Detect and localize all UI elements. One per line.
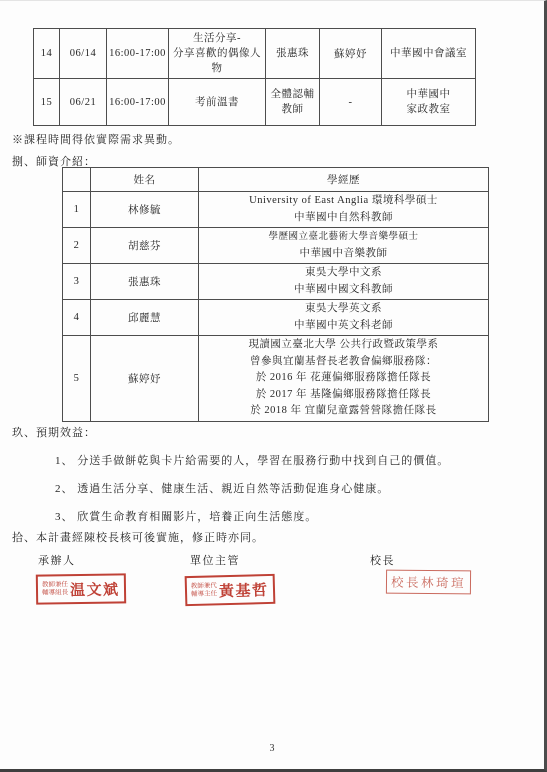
bio-line: 中華國中國文科教師 [201, 282, 486, 299]
cell-location: 中華國中會議室 [382, 29, 476, 79]
bio-line: 現讀國立臺北大學 公共行政暨政策學系 [201, 337, 486, 354]
stamp-name: 校長林琦瑄 [391, 573, 466, 592]
signature-label-organizer: 承辦人 [38, 552, 76, 568]
cell-date: 06/21 [60, 79, 107, 126]
stamp-name: 温文斌 [70, 578, 120, 600]
signature-label-principal: 校長 [370, 552, 395, 568]
location-line: 家政教室 [384, 102, 473, 117]
stamp-name: 黃基哲 [219, 578, 269, 600]
header-name: 姓名 [91, 168, 199, 192]
benefit-item-2: 2、 透過生活分享、健康生活、親近自然等活動促進身心健康。 [55, 480, 389, 496]
cell-name: 胡慈芬 [91, 228, 199, 264]
schedule-row-14: 14 06/14 16:00-17:00 生活分享- 分享喜歡的偶像人物 張惠珠… [34, 29, 476, 79]
section-9-heading: 玖、預期效益： [12, 424, 96, 440]
cell-name: 張惠珠 [91, 264, 199, 300]
header-bio: 學經歷 [199, 168, 489, 192]
bio-line: 學歷國立臺北藝術大學音樂學碩士 [201, 229, 486, 246]
location-line: 中華國中 [384, 87, 473, 102]
cell-no: 2 [63, 228, 91, 264]
cell-name: 邱麗慧 [91, 300, 199, 336]
topic-line: 考前溫書 [171, 95, 263, 110]
topic-line: 分享喜歡的偶像人物 [171, 46, 263, 76]
schedule-row-15: 15 06/21 16:00-17:00 考前溫書 全體認輔 教師 - 中華國中… [34, 79, 476, 126]
bio-line: 東吳大學中文系 [201, 265, 486, 282]
teacher-line: 張惠珠 [268, 46, 317, 61]
cell-bio: 東吳大學英文系 中華國中英文科老師 [199, 300, 489, 336]
bio-line: 於 2017 年 基隆偏鄉服務隊擔任隊長 [201, 387, 486, 404]
cell-no: 3 [63, 264, 91, 300]
bio-line: 中華國中音樂教師 [201, 246, 486, 263]
bio-line: 曾參與宜蘭基督長老教會偏鄉服務隊： [201, 354, 486, 371]
cell-bio: University of East Anglia 環境科學碩士 中華國中自然科… [199, 192, 489, 228]
cell-topic: 考前溫書 [169, 79, 266, 126]
cell-time: 16:00-17:00 [107, 79, 169, 126]
teacher-line: 教師 [268, 102, 317, 117]
bio-line: 東吳大學英文系 [201, 301, 486, 318]
document-page: 14 06/14 16:00-17:00 生活分享- 分享喜歡的偶像人物 張惠珠… [0, 0, 547, 772]
note-course-time: ※課程時間得依實際需求異動。 [12, 131, 180, 147]
bio-line: 中華國中英文科老師 [201, 318, 486, 335]
benefit-item-1: 1、 分送手做餅乾與卡片給需要的人，學習在服務行動中找到自己的價值。 [55, 452, 449, 468]
cell-name: 蘇婷妤 [91, 336, 199, 422]
cell-no: 5 [63, 336, 91, 422]
stamp-title-text: 教師兼任 輔導組長 [42, 581, 68, 597]
cell-teacher: 張惠珠 [266, 29, 320, 79]
teacher-row: 4 邱麗慧 東吳大學英文系 中華國中英文科老師 [63, 300, 489, 336]
cell-topic: 生活分享- 分享喜歡的偶像人物 [169, 29, 266, 79]
cell-session-no: 14 [34, 29, 60, 79]
cell-location: 中華國中 家政教室 [382, 79, 476, 126]
location-line: 中華國中會議室 [384, 46, 473, 61]
cell-assistant: 蘇婷妤 [320, 29, 382, 79]
teacher-row: 3 張惠珠 東吳大學中文系 中華國中國文科教師 [63, 264, 489, 300]
teacher-table: 姓名 學經歷 1 林修毓 University of East Anglia 環… [62, 167, 489, 422]
bio-line: University of East Anglia 環境科學碩士 [201, 193, 486, 210]
cell-name: 林修毓 [91, 192, 199, 228]
cell-assistant: - [320, 79, 382, 126]
bio-line: 中華國中自然科教師 [201, 210, 486, 227]
cell-bio: 現讀國立臺北大學 公共行政暨政策學系 曾參與宜蘭基督長老教會偏鄉服務隊： 於 2… [199, 336, 489, 422]
teacher-row: 5 蘇婷妤 現讀國立臺北大學 公共行政暨政策學系 曾參與宜蘭基督長老教會偏鄉服務… [63, 336, 489, 422]
cell-date: 06/14 [60, 29, 107, 79]
benefit-item-3: 3、 欣賞生命教育相關影片，培養正向生活態度。 [55, 508, 317, 524]
stamp-title-text: 教師兼代 輔導主任 [191, 583, 217, 599]
principal-stamp: 校長林琦瑄 [386, 570, 471, 595]
topic-line: 生活分享- [171, 31, 263, 46]
cell-session-no: 15 [34, 79, 60, 126]
teacher-line: 全體認輔 [268, 87, 317, 102]
cell-bio: 學歷國立臺北藝術大學音樂學碩士 中華國中音樂教師 [199, 228, 489, 264]
teacher-row: 1 林修毓 University of East Anglia 環境科學碩士 中… [63, 192, 489, 228]
cell-no: 1 [63, 192, 91, 228]
cell-teacher: 全體認輔 教師 [266, 79, 320, 126]
cell-no: 4 [63, 300, 91, 336]
cell-bio: 東吳大學中文系 中華國中國文科教師 [199, 264, 489, 300]
signature-label-unit-head: 單位主管 [190, 552, 240, 568]
teacher-table-header: 姓名 學經歷 [63, 168, 489, 192]
stamp-title-line: 輔導組長 [42, 589, 68, 597]
bio-line: 於 2018 年 宜蘭兒童露營營隊擔任隊長 [201, 403, 486, 420]
bio-line: 於 2016 年 花蓮偏鄉服務隊擔任隊長 [201, 370, 486, 387]
teacher-row: 2 胡慈芬 學歷國立臺北藝術大學音樂學碩士 中華國中音樂教師 [63, 228, 489, 264]
organizer-stamp: 教師兼任 輔導組長 温文斌 [36, 573, 126, 604]
cell-time: 16:00-17:00 [107, 29, 169, 79]
header-blank [63, 168, 91, 192]
schedule-table: 14 06/14 16:00-17:00 生活分享- 分享喜歡的偶像人物 張惠珠… [33, 28, 476, 126]
unit-head-stamp: 教師兼代 輔導主任 黃基哲 [185, 574, 275, 606]
page-number: 3 [0, 743, 544, 754]
section-10-text: 拾、本計畫經陳校長核可後實施，修正時亦同。 [12, 529, 264, 545]
stamp-title-line: 輔導主任 [191, 590, 217, 598]
